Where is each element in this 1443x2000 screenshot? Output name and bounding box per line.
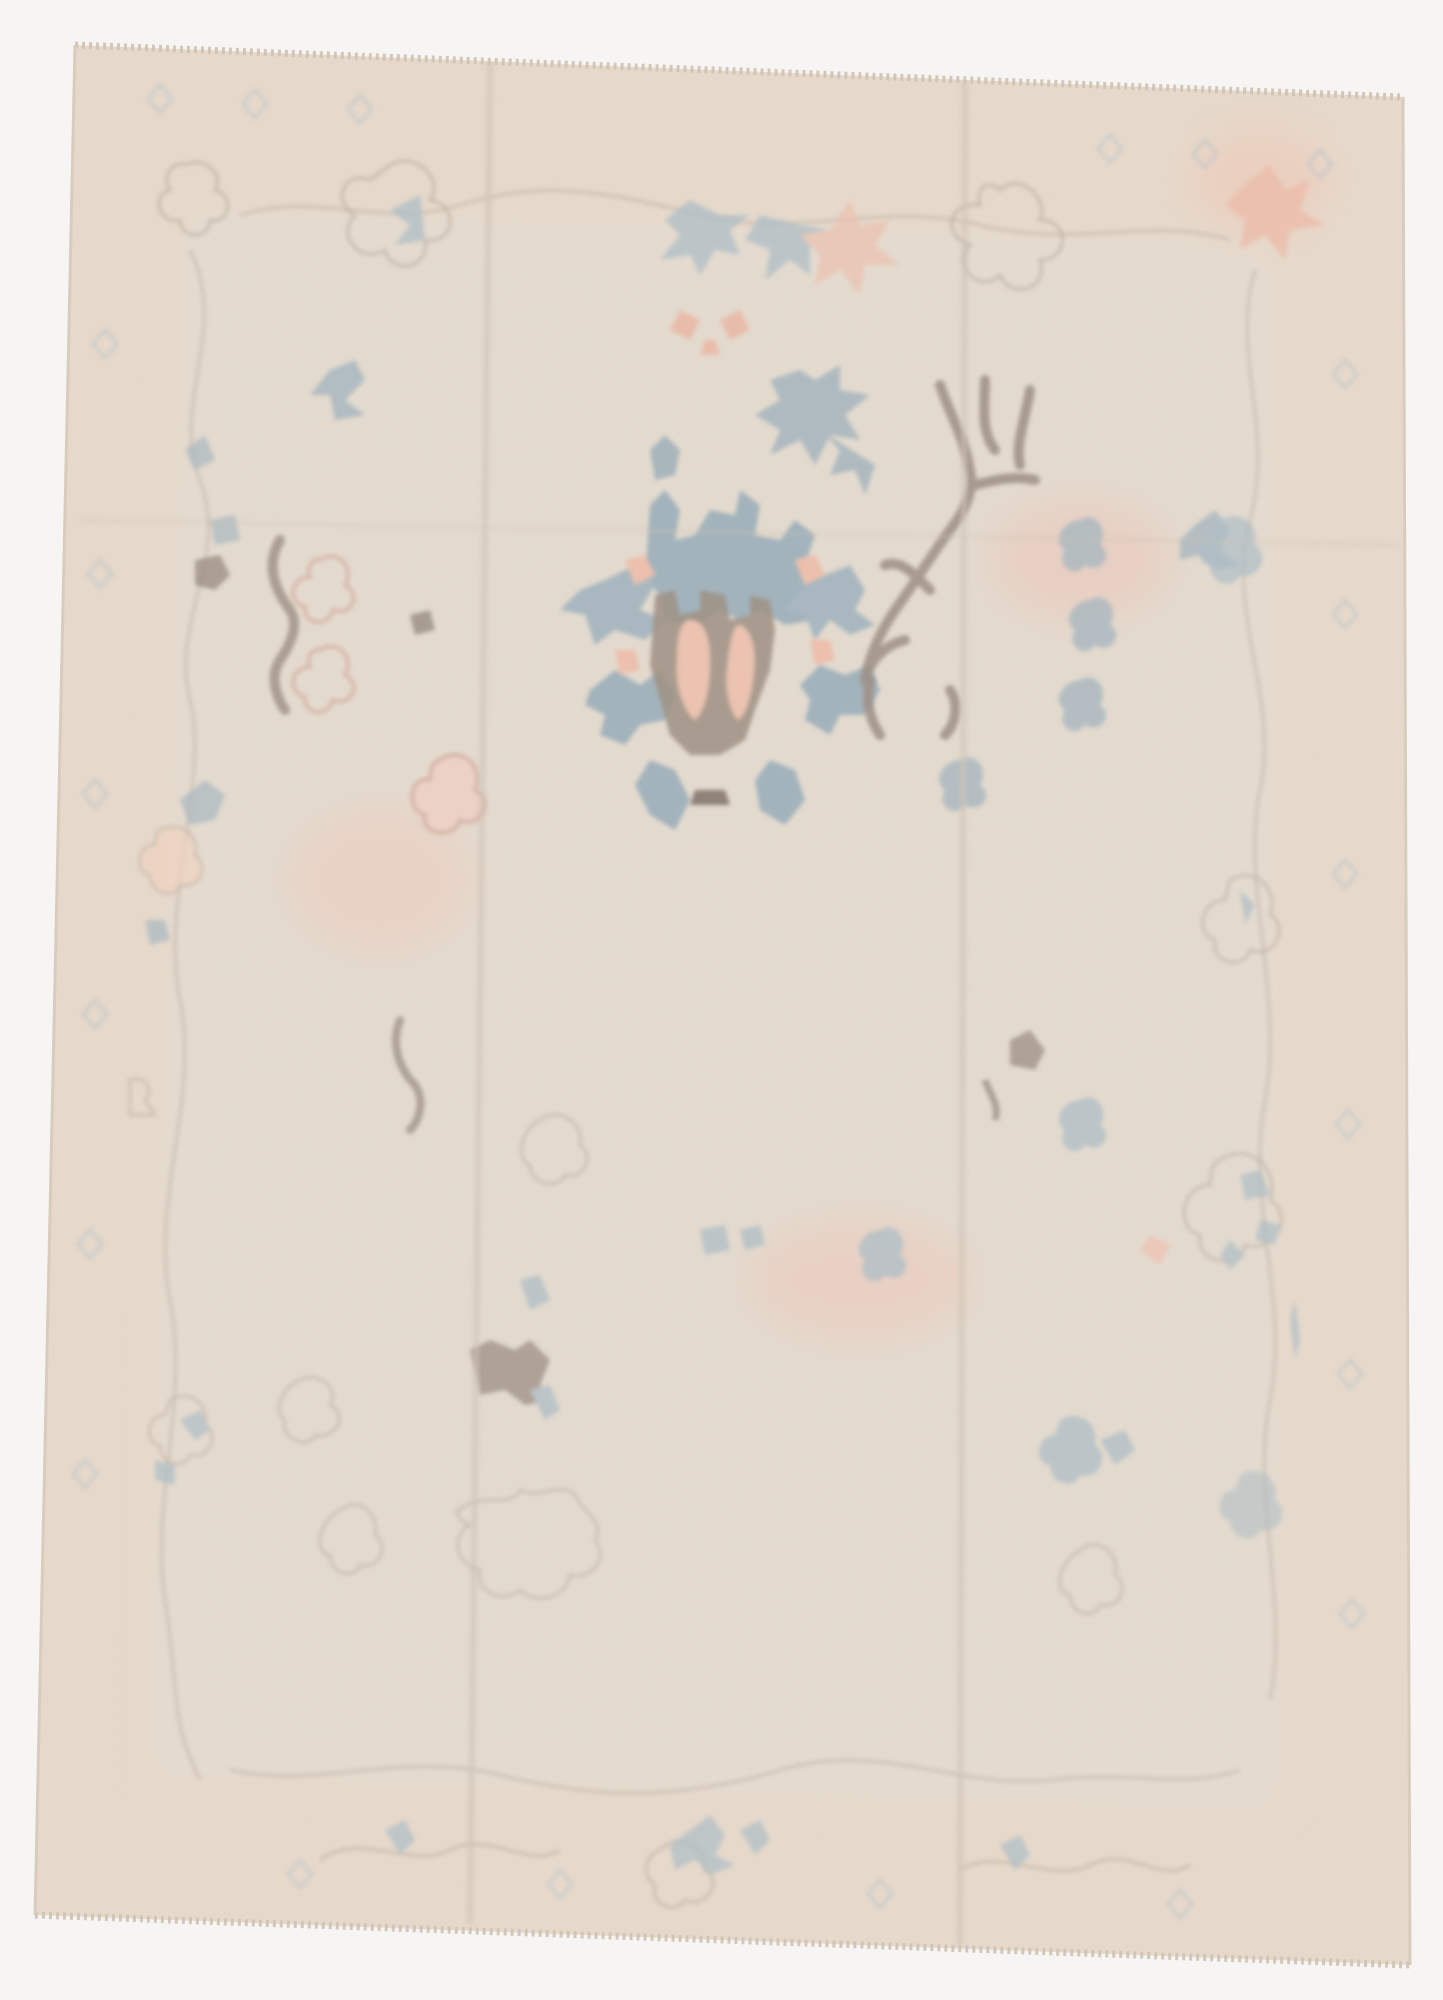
rug-illustration [0,0,1443,2000]
rug-field [150,210,1280,1810]
product-photo [0,0,1443,2000]
